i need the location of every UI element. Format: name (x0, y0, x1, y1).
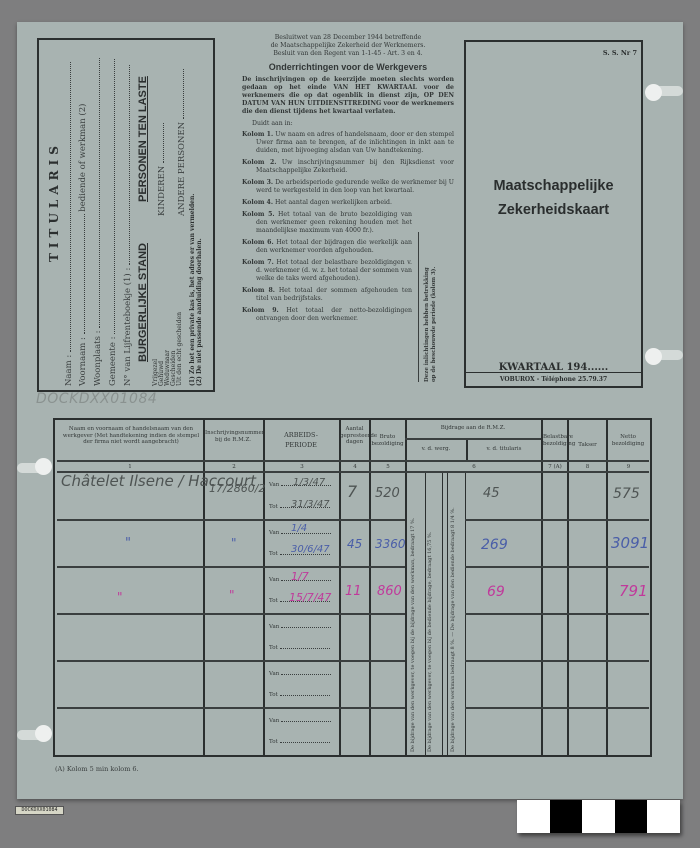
calibration-swatch-white (517, 800, 550, 833)
kolom-text: Uw naam en adres of handelsnaam, door er… (256, 131, 454, 154)
tot-label: Tot (269, 598, 278, 604)
binder-hole (35, 725, 52, 742)
kolom-instruction: Kolom 8. Het totaal der sommen afgehoude… (242, 287, 412, 303)
row-divider (57, 566, 405, 568)
field-suffix: bediende of werkman (2) (78, 104, 88, 212)
vertical-note: De bijdrage van den werkgever, te voegen… (410, 472, 416, 752)
titularis-panel: TITULARIS Naam : Voornaam : bediende of … (37, 38, 215, 392)
kolom-instruction: Kolom 9. Het totaal der netto-bezoldigin… (242, 307, 412, 323)
binder-hole (645, 348, 662, 365)
column-divider (442, 472, 443, 755)
vertical-note: De bijdrage van den werkman bedraagt 8 %… (450, 472, 456, 752)
employer-ditto: " (125, 536, 131, 551)
duidt-aan: Duidt aan in: (242, 120, 454, 128)
bruto: 860 (377, 584, 402, 599)
vertical-note: De bijdrage van den werkgever, te voegen… (427, 472, 433, 752)
row-divider (465, 660, 649, 662)
netto: 575 (613, 486, 640, 502)
employer-ditto: " (117, 590, 123, 604)
van-field[interactable]: Van (269, 718, 331, 724)
kinderen-field[interactable]: KINDEREN (156, 123, 167, 216)
days: 45 (347, 537, 362, 551)
field-line[interactable] (107, 59, 115, 334)
tot-date: 30/6/47 (291, 544, 330, 555)
days: 11 (345, 584, 362, 599)
calibration-bar (517, 800, 680, 833)
kolom-label: Kolom 8. (242, 287, 275, 294)
field-voornaam[interactable]: Voornaam : bediende of werkman (2) (77, 104, 88, 386)
card-title-line: Zekerheidskaart (466, 198, 641, 222)
field-lijfrenteboekje[interactable]: N° van Lijfrenteboekje (1) : (122, 65, 133, 386)
tot-field[interactable]: Tot (269, 739, 330, 745)
kolom-text: Het aantal dagen werkelijken arbeid. (275, 199, 392, 206)
tot-line[interactable] (280, 648, 330, 649)
kolom-text: Het totaal der netto-bezoldigingen ontva… (256, 307, 412, 322)
row-divider (465, 613, 649, 615)
field-line[interactable] (122, 65, 130, 265)
titularis-title: TITULARIS (47, 141, 61, 262)
column-number: 7 (A) (543, 464, 567, 470)
field-label: Gemeente : (108, 337, 118, 386)
column-number: 3 (265, 464, 339, 470)
kolom-instruction: Kolom 4. Het aantal dagen werkelijken ar… (242, 199, 412, 207)
header-col7: Belastbare bezoldiging (543, 434, 567, 447)
column-number: 9 (608, 464, 649, 470)
kolom-label: Kolom 7. (242, 259, 274, 266)
kolom-label: Kolom 1. (242, 131, 273, 138)
column-number: 1 (57, 464, 203, 470)
column-number: 5 (371, 464, 405, 470)
handwritten-archive-id: DOCKDXX01084 (36, 391, 157, 407)
row-divider (57, 707, 405, 709)
andere-personen-field[interactable]: ANDERE PERSONEN (176, 69, 187, 216)
kolom-text: Uw inschrijvingsnummer bij den Rijksdien… (256, 159, 454, 174)
column-number: 8 (569, 464, 606, 470)
field-line[interactable] (156, 123, 164, 163)
field-label: KINDEREN (157, 166, 167, 216)
field-line[interactable] (77, 214, 85, 334)
netto: 3091 (611, 534, 649, 552)
row-divider (57, 519, 405, 521)
van-label: Van (269, 530, 279, 536)
header-col6a: v. d. werg. (407, 446, 465, 453)
archive-label: DOCKDXX01084 (15, 806, 64, 815)
van-date: 1/4 (291, 523, 307, 534)
calibration-swatch-white (647, 800, 680, 833)
tot-date: 15/7/47 (289, 591, 331, 604)
van-label: Van (269, 577, 279, 583)
kolom-label: Kolom 6. (242, 239, 274, 246)
field-gemeente[interactable]: Gemeente : (107, 59, 118, 386)
kolom-label: Kolom 9. (242, 307, 279, 314)
van-label: Van (269, 624, 279, 630)
tot-field[interactable]: Tot (269, 645, 330, 651)
reg-number-ditto: " (229, 588, 235, 602)
bijdrage-titularis: 269 (481, 537, 508, 553)
tot-label: Tot (269, 551, 278, 557)
row-divider (465, 566, 649, 568)
header-col4: Aantal gepresteerde dagen (340, 426, 369, 446)
field-label: Voornaam : (78, 337, 88, 386)
field-line[interactable] (63, 62, 71, 352)
status-option[interactable]: Uit den echt gescheiden (176, 312, 183, 386)
van-date: 1/7 (291, 570, 309, 583)
tot-line[interactable] (280, 695, 330, 696)
van-line[interactable] (281, 674, 331, 675)
field-label: Naam : (64, 355, 74, 386)
bijdrage-titularis: 69 (487, 584, 505, 600)
header-col2: Inschrijvingsnummer bij de R.M.Z. (205, 430, 261, 443)
decree-line: Besluitwet van 28 December 1944 betreffe… (242, 34, 454, 42)
calibration-swatch-black (550, 800, 583, 833)
kolom-instruction: Kolom 3. De arbeidsperiode gedurende wel… (242, 179, 454, 195)
netto: 791 (619, 582, 648, 600)
column-number: 4 (341, 464, 369, 470)
tot-line[interactable] (280, 742, 330, 743)
decree-line: de Maatschappelijke Zekerheid der Werkne… (242, 42, 454, 50)
tot-date: 31/3/47 (291, 499, 330, 510)
kolom-label: Kolom 5. (242, 211, 275, 218)
kolom-instruction: Kolom 2. Uw inschrijvingsnummer bij den … (242, 159, 454, 175)
kolom-text: De arbeidsperiode gedurende welke de wer… (256, 179, 454, 194)
van-field[interactable]: Van (269, 624, 331, 630)
field-woonplaats[interactable]: Woonplaats : (92, 58, 103, 386)
row-divider (57, 613, 405, 615)
field-line[interactable] (176, 69, 184, 119)
footnote-2: (2) De niet passende aanduiding doorhale… (196, 238, 203, 386)
van-line[interactable] (281, 627, 331, 628)
field-label: N° van Lijfrenteboekje (1) : (123, 268, 133, 386)
reg-number: 17/2860/2 (209, 482, 265, 495)
bruto: 520 (375, 486, 400, 501)
field-naam[interactable]: Naam : (63, 62, 74, 386)
calibration-swatch-black (615, 800, 648, 833)
table-footnote: (A) Kolom 5 min kolom 6. (55, 765, 139, 773)
instructions-intro: De inschrijvingen op de keerzijde moeten… (242, 76, 454, 116)
row-divider (57, 660, 405, 662)
tot-field[interactable]: Tot (269, 692, 330, 698)
kolom-text: Het totaal der bijdragen die werkelijk a… (256, 239, 412, 254)
kolom-instruction: Kolom 1. Uw naam en adres of handelsnaam… (242, 131, 454, 155)
kolom-label: Kolom 3. (242, 179, 273, 186)
calibration-swatch-white (582, 800, 615, 833)
header-col8: Takser (569, 442, 606, 449)
kolom-text: Het totaal van de bruto bezoldiging van … (256, 211, 412, 234)
column-divider (447, 472, 448, 755)
decree-line: Besluit van den Regent van 1-1-45 - Art.… (242, 50, 454, 58)
instructions-title: Onderrichtingen voor de Werkgevers (242, 63, 454, 71)
days: 7 (347, 482, 357, 501)
row-divider (465, 519, 649, 521)
kolom-instruction: Kolom 7. Het totaal der belastbare bezol… (242, 259, 412, 283)
kolom-text: Het totaal der belastbare bezoldigingen … (256, 259, 412, 282)
brace-note-line: op de beschouwde periode (kolom 3). (431, 267, 438, 382)
printer-line: VOBUROX - Téléphone 25.79.37 (466, 372, 641, 386)
row-divider (465, 707, 649, 709)
header-col6b: v. d. titularis (468, 446, 540, 453)
kolom-label: Kolom 2. (242, 159, 276, 166)
field-label: Woonplaats : (93, 330, 103, 386)
burgerlijke-stand-heading: BURGERLIJKE STAND (137, 243, 149, 362)
reg-number-ditto: " (231, 536, 237, 550)
van-line[interactable] (281, 721, 331, 722)
header-col5: Bruto bezoldiging (371, 434, 404, 447)
tot-label: Tot (269, 645, 278, 651)
field-line[interactable] (92, 58, 100, 328)
van-field[interactable]: Van (269, 671, 331, 677)
card-title: Maatschappelijke Zekerheidskaart (466, 174, 641, 222)
column-number: 2 (205, 464, 263, 470)
bijdrage-titularis: 45 (483, 486, 500, 501)
binder-hole (35, 458, 52, 475)
footnote-1: (1) Zo het een private kas is, het adres… (189, 194, 196, 386)
van-label: Van (269, 482, 279, 488)
kolom-instruction: Kolom 6. Het totaal der bijdragen die we… (242, 239, 412, 255)
form-code: S. S. Nr 7 (603, 49, 637, 57)
field-label: ANDERE PERSONEN (177, 122, 187, 216)
personen-ten-laste-heading: PERSONEN TEN LASTE (137, 76, 149, 202)
row-divider (405, 438, 541, 440)
brace-note: Deze inlichtingen hebben betrekking op d… (424, 267, 438, 382)
header-col1: Naam en voornaam of handelsnaam van den … (61, 426, 201, 446)
row-divider (57, 460, 649, 462)
kolom-text: Het totaal der sommen afgehouden ten tit… (256, 287, 412, 302)
header-col6-group: Bijdrage aan de R.M.Z. (407, 425, 539, 432)
van-label: Van (269, 671, 279, 677)
kolom-label: Kolom 4. (242, 199, 273, 206)
column-number: 6 (407, 464, 541, 470)
kolom-instruction: Kolom 5. Het totaal van de bruto bezoldi… (242, 211, 412, 235)
van-date: 1/3/47 (293, 477, 325, 488)
contributions-table: Naam en voornaam of handelsnaam van den … (53, 418, 652, 757)
brace-note-line: Deze inlichtingen hebben betrekking (424, 267, 431, 382)
bruto: 3360 (375, 537, 406, 551)
tot-label: Tot (269, 739, 278, 745)
binder-hole (645, 84, 662, 101)
tot-label: Tot (269, 692, 278, 698)
card-cover-panel: S. S. Nr 7 Maatschappelijke Zekerheidska… (464, 40, 643, 388)
header-col9: Netto bezoldiging (608, 434, 648, 447)
van-label: Van (269, 718, 279, 724)
header-col3: ARBEIDS-PERIODE (281, 430, 321, 450)
tot-label: Tot (269, 504, 278, 510)
card-title-line: Maatschappelijke (466, 174, 641, 198)
column-divider (425, 472, 426, 755)
